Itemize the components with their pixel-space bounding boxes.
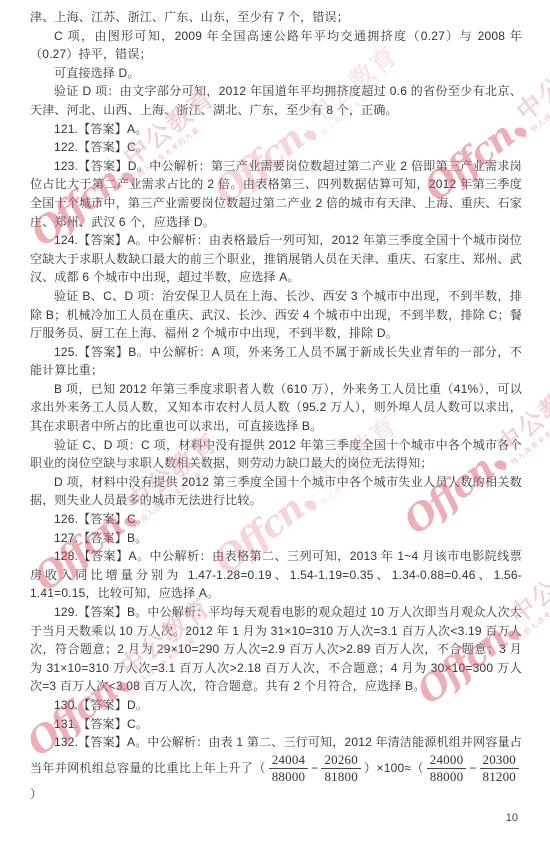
paragraph: C 项，由图形可知，2009 年全国高速公路年平均交通拥挤度（0.27）与 20… <box>30 27 522 64</box>
paragraph: 129.【答案】B。中公解析：平均每天观看电影的观众超过 10 万人次即当月观众… <box>30 603 522 696</box>
fraction: 2030081200 <box>480 752 520 786</box>
offcn-slogan: 给人改变未来的力量 <box>530 61 550 133</box>
fraction: 2400488000 <box>269 752 309 786</box>
page-number: 10 <box>506 812 518 824</box>
paragraph: 127.【答案】B。 <box>30 529 522 548</box>
paragraph: 验证 C、D 项：C 项，材料中没有提供 2012 年第三季度全国十个城市中各个… <box>30 436 522 473</box>
paragraph: D 项，材料中没有提供 2012 第三季度全国十个城市中各个城市失业人员人数的相… <box>30 473 522 510</box>
fraction: 2026081800 <box>321 752 361 786</box>
paragraph: 津、上海、江苏、浙江、广东、山东，至少有 7 个，错误； <box>30 8 522 27</box>
paragraph: 128.【答案】A。中公解析：由表格第二、三列可知，2013 年 1~4 月该市… <box>30 547 522 603</box>
fraction: 2400088000 <box>427 752 467 786</box>
formula-paragraph: 132.【答案】A。中公解析：由表 1 第二、三行可知，2012 年清洁能源机组… <box>30 733 522 804</box>
paragraph: 126.【答案】C。 <box>30 510 522 529</box>
offcn-slogan: 给人改变未来的力量 <box>523 564 550 636</box>
paragraph: B 项，已知 2012 年第三季度求职者人数（610 万），外来务工人员比重（4… <box>30 380 522 436</box>
answer-explanations: 津、上海、江苏、浙江、广东、山东，至少有 7 个，错误；C 项，由图形可知，20… <box>30 8 522 804</box>
paragraph: 122.【答案】C。 <box>30 138 522 157</box>
paragraph: 124.【答案】A。中公解析：由表格最后一列可知，2012 年第三季度全国十个城… <box>30 231 522 287</box>
paragraph: 130.【答案】D。 <box>30 696 522 715</box>
document-page: 津、上海、江苏、浙江、广东、山东，至少有 7 个，错误；C 项，由图形可知，20… <box>0 0 550 848</box>
paragraph: 验证 B、C、D 项：治安保卫人员在上海、长沙、西安 3 个城市中出现，不到半数… <box>30 287 522 343</box>
paragraph: 可直接选择 D。 <box>30 64 522 83</box>
paragraph: 125.【答案】B。中公解析：A 项，外来务工人员不属于新成长失业青年的一部分，… <box>30 343 522 380</box>
paragraph: 131.【答案】C。 <box>30 715 522 734</box>
paragraph: 123.【答案】D。中公解析：第三产业需要岗位数超过第二产业 2 倍即第三产业需… <box>30 157 522 231</box>
paragraph: 121.【答案】A。 <box>30 120 522 139</box>
paragraph: 验证 D 项：由文字部分可知，2012 年国道年平均拥挤度超过 0.6 的省份至… <box>30 82 522 119</box>
